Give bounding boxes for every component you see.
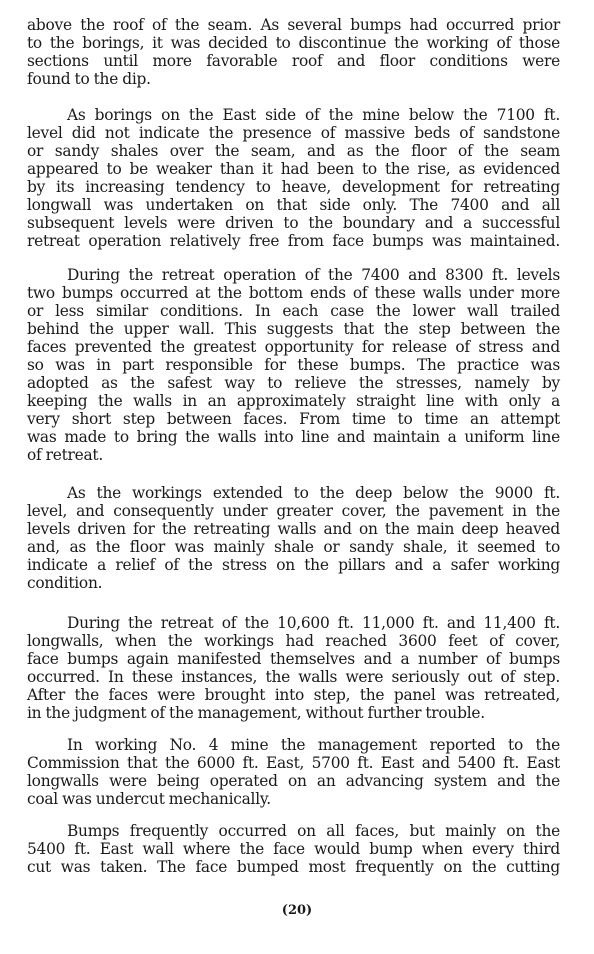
text-line: occurred. In these instances, the walls … [27,668,560,686]
paragraph-7: Bumps frequently occurred on all faces, … [27,822,560,876]
paragraph-5: During the retreat of the 10,600 ft. 11,… [27,614,560,722]
paragraph-2: As borings on the East side of the mine … [27,106,560,250]
text-line: longwalls, when the workings had reached… [27,632,560,650]
paragraph-4: As the workings extended to the deep bel… [27,484,560,592]
text-line: During the retreat of the 10,600 ft. 11,… [27,614,560,632]
text-line: During the retreat operation of the 7400… [27,266,560,284]
text-line: level, and consequently under greater co… [27,502,560,520]
text-line: or sandy shales over the seam, and as th… [27,142,560,160]
text-line: longwalls were being operated on an adva… [27,772,560,790]
text-line: of retreat. [27,446,560,464]
text-line: After the faces were brought into step, … [27,686,560,704]
text-line: longwall was undertaken on that side onl… [27,196,560,214]
text-line: or less similar conditions. In each case… [27,302,560,320]
text-line: above the roof of the seam. As several b… [27,16,560,34]
text-line: by its increasing tendency to heave, dev… [27,178,560,196]
text-line: appeared to be weaker than it had been t… [27,160,560,178]
text-line: In working No. 4 mine the management rep… [27,736,560,754]
text-line: sections until more favorable roof and f… [27,52,560,70]
text-line: two bumps occurred at the bottom ends of… [27,284,560,302]
text-line: 5400 ft. East wall where the face would … [27,840,560,858]
text-line: indicate a relief of the stress on the p… [27,556,560,574]
paragraph-3: During the retreat operation of the 7400… [27,266,560,464]
text-line: face bumps again manifested themselves a… [27,650,560,668]
text-line: level did not indicate the presence of m… [27,124,560,142]
text-line: subsequent levels were driven to the bou… [27,214,560,232]
text-line: condition. [27,574,560,592]
text-line: keeping the walls in an approximately st… [27,392,560,410]
text-line: coal was undercut mechanically. [27,790,560,808]
text-line: As the workings extended to the deep bel… [27,484,560,502]
paragraph-1: above the roof of the seam. As several b… [27,16,560,88]
text-line: adopted as the safest way to relieve the… [27,374,560,392]
text-line: levels driven for the retreating walls a… [27,520,560,538]
text-line: Bumps frequently occurred on all faces, … [27,822,560,840]
text-line: cut was taken. The face bumped most freq… [27,858,560,876]
text-line: faces prevented the greatest opportunity… [27,338,560,356]
text-line: Commission that the 6000 ft. East, 5700 … [27,754,560,772]
text-line: behind the upper wall. This suggests tha… [27,320,560,338]
text-line: As borings on the East side of the mine … [27,106,560,124]
text-line: and, as the floor was mainly shale or sa… [27,538,560,556]
text-line: found to the dip. [27,70,560,88]
text-line: was made to bring the walls into line an… [27,428,560,446]
paragraph-6: In working No. 4 mine the management rep… [27,736,560,808]
text-line: retreat operation relatively free from f… [27,232,560,250]
page-number: (20) [0,902,594,920]
text-line: so was in part responsible for these bum… [27,356,560,374]
text-line: in the judgment of the management, witho… [27,704,560,722]
text-line: very short step between faces. From time… [27,410,560,428]
text-line: to the borings, it was decided to discon… [27,34,560,52]
document-page: above the roof of the seam. As several b… [0,0,594,954]
